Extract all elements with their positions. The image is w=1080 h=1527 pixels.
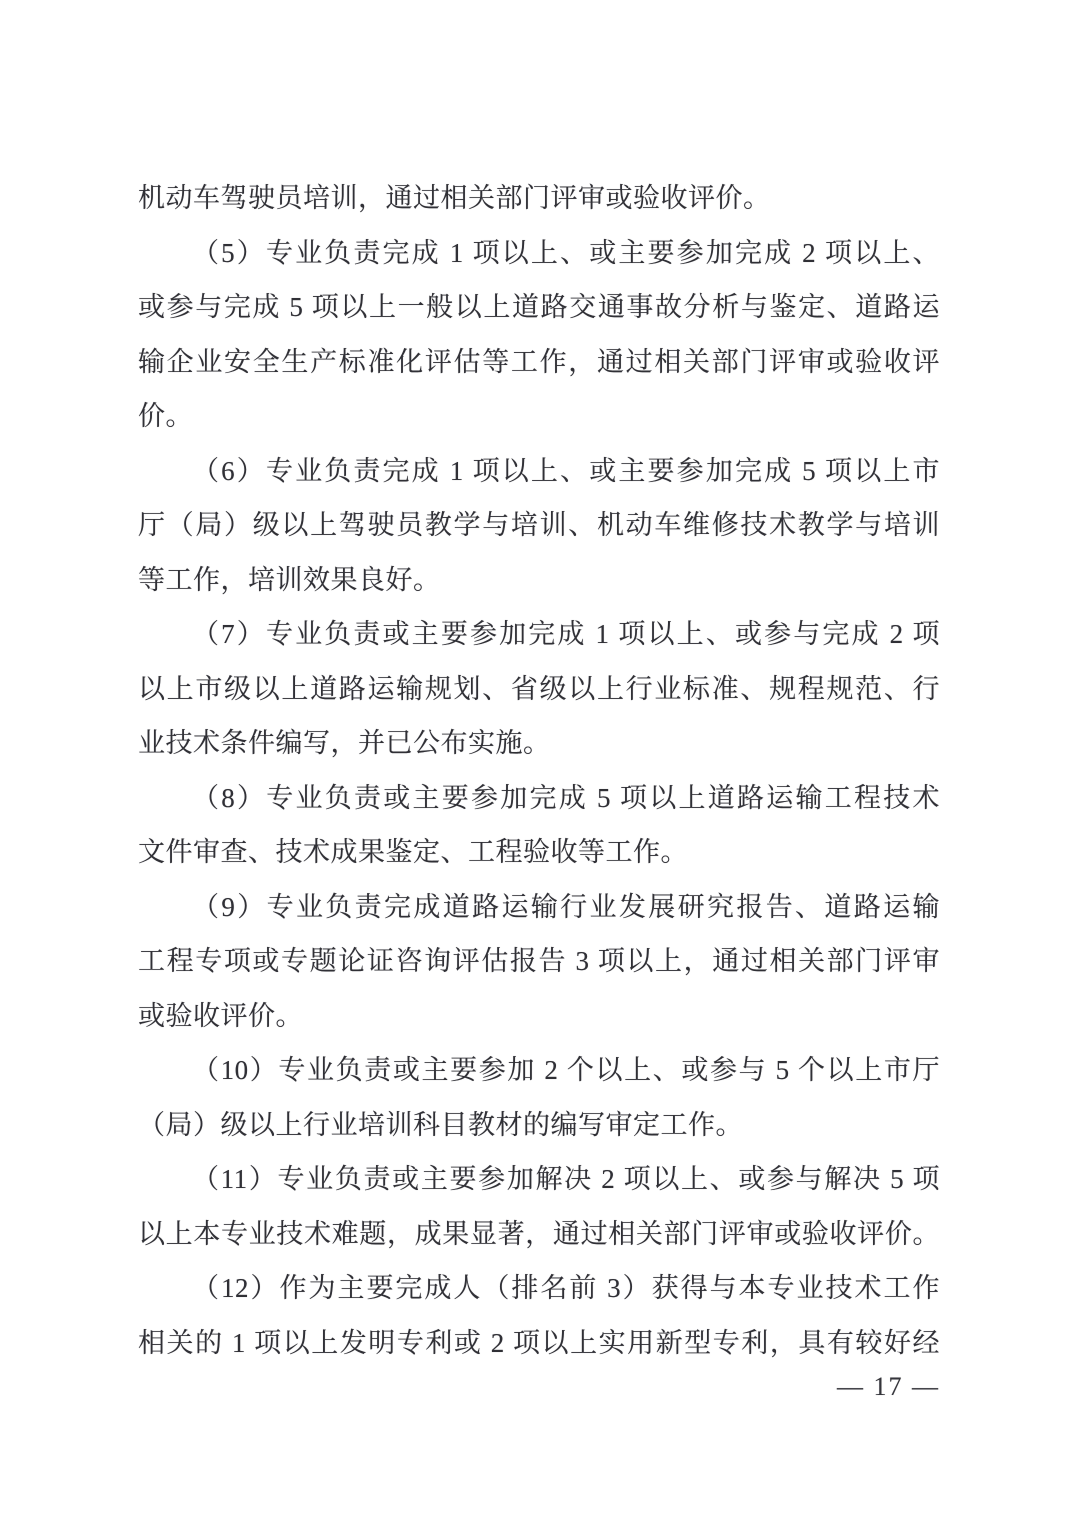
text-line: 以上市级以上道路运输规划、省级以上行业标准、规程规范、行 — [138, 662, 940, 717]
document-page: 机动车驾驶员培训，通过相关部门评审或验收评价。（5）专业负责完成 1 项以上、或… — [0, 0, 1080, 1527]
text-line: 工程专项或专题论证咨询评估报告 3 项以上，通过相关部门评审 — [138, 934, 940, 989]
text-line: （6）专业负责完成 1 项以上、或主要参加完成 5 项以上市 — [138, 444, 940, 499]
text-line: 等工作，培训效果良好。 — [138, 553, 940, 608]
text-line: 价。 — [138, 389, 940, 444]
text-line: （12）作为主要完成人（排名前 3）获得与本专业技术工作 — [138, 1261, 940, 1316]
text-line: 或验收评价。 — [138, 989, 940, 1044]
text-line: （5）专业负责完成 1 项以上、或主要参加完成 2 项以上、 — [138, 226, 940, 281]
text-line: 或参与完成 5 项以上一般以上道路交通事故分析与鉴定、道路运 — [138, 280, 940, 335]
text-line: （局）级以上行业培训科目教材的编写审定工作。 — [138, 1098, 940, 1153]
page-number: — 17 — — [837, 1372, 940, 1402]
text-line: （8）专业负责或主要参加完成 5 项以上道路运输工程技术 — [138, 771, 940, 826]
text-line: 机动车驾驶员培训，通过相关部门评审或验收评价。 — [138, 171, 940, 226]
text-line: 相关的 1 项以上发明专利或 2 项以上实用新型专利，具有较好经 — [138, 1316, 940, 1371]
text-line: 以上本专业技术难题，成果显著，通过相关部门评审或验收评价。 — [138, 1207, 940, 1262]
text-line: 厅（局）级以上驾驶员教学与培训、机动车维修技术教学与培训 — [138, 498, 940, 553]
text-line: 文件审查、技术成果鉴定、工程验收等工作。 — [138, 825, 940, 880]
document-lines: 机动车驾驶员培训，通过相关部门评审或验收评价。（5）专业负责完成 1 项以上、或… — [138, 171, 940, 1370]
text-line: （9）专业负责完成道路运输行业发展研究报告、道路运输 — [138, 880, 940, 935]
text-line: 业技术条件编写，并已公布实施。 — [138, 716, 940, 771]
text-line: 输企业安全生产标准化评估等工作，通过相关部门评审或验收评 — [138, 335, 940, 390]
text-line: （10）专业负责或主要参加 2 个以上、或参与 5 个以上市厅 — [138, 1043, 940, 1098]
text-line: （7）专业负责或主要参加完成 1 项以上、或参与完成 2 项 — [138, 607, 940, 662]
text-line: （11）专业负责或主要参加解决 2 项以上、或参与解决 5 项 — [138, 1152, 940, 1207]
